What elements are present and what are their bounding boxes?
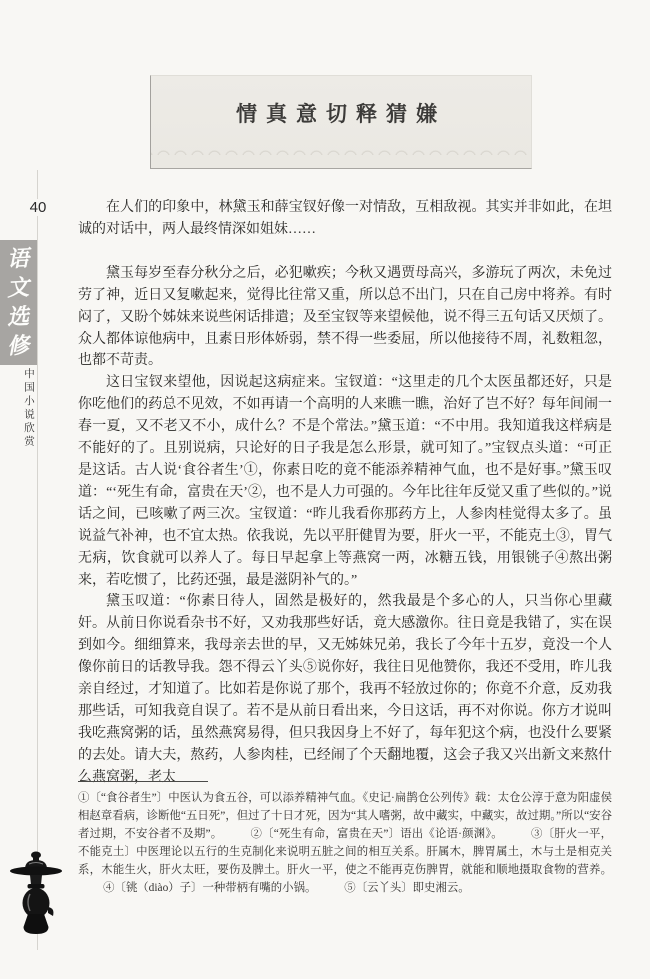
series-banner-char: 修 <box>7 335 30 358</box>
series-subtitle-vertical: 中国小说欣赏 <box>21 368 36 449</box>
chapter-title: 情真意切释猜嫌 <box>151 98 531 128</box>
footnote-text: 〔铫（diào）子〕一种带柄有嘴的小锅。 <box>114 882 316 894</box>
series-banner-char: 选 <box>7 306 30 329</box>
series-banner: 语 文 选 修 <box>0 240 37 365</box>
paragraph: 这日宝钗来望他，因说起这病症来。宝钗道：“这里走的几个太医虽都还好，只是你吃他们… <box>78 372 612 591</box>
footnote-item: ④〔铫（diào）子〕一种带柄有嘴的小锅。 <box>103 882 316 894</box>
left-margin-rule <box>37 170 38 950</box>
wave-pattern-decoration <box>151 142 531 168</box>
footnote-item: ②〔“死生有命，富贵在天”〕语出《论语·颜渊》。 <box>251 828 503 840</box>
series-banner-char: 语 <box>7 247 30 270</box>
footnote-divider <box>78 781 208 782</box>
chapter-title-box: 情真意切释猜嫌 <box>150 75 532 169</box>
footnote-number: ④ <box>103 882 114 894</box>
footnote-number: ③ <box>531 828 543 840</box>
textbook-page: 情真意切释猜嫌 40 语 文 选 修 中国小说欣赏 在人们的印象中，林黛玉和薛宝… <box>0 0 650 979</box>
footnote-number: ⑤ <box>344 882 355 894</box>
body-text: 在人们的印象中，林黛玉和薛宝钗好像一对情敌，互相敌视。其实并非如此，在坦诚的对话… <box>78 197 612 789</box>
paragraph: 黛玉叹道：“你素日待人，固然是极好的，然我最是个多心的人，只当你心里藏奸。从前日… <box>78 591 612 788</box>
footnote-text: 〔云丫头〕即史湘云。 <box>356 882 470 894</box>
footnote-number: ① <box>78 792 89 804</box>
intro-paragraph: 在人们的印象中，林黛玉和薛宝钗好像一对情敌，互相敌视。其实并非如此，在坦诚的对话… <box>78 197 612 241</box>
page-number: 40 <box>24 199 52 216</box>
footnotes: ①〔“食谷者生”〕中医认为食五谷，可以添养精神气血。《史记·扁鹊仓公列传》载：太… <box>78 789 612 897</box>
paragraph: 黛玉每岁至春分秋分之后，必犯嗽疾；今秋又遇贾母高兴，多游玩了两次，未免过劳了神，… <box>78 263 612 373</box>
footnote-item: ⑤〔云丫头〕即史湘云。 <box>344 882 469 894</box>
oil-lamp-icon <box>8 850 64 940</box>
series-banner-char: 文 <box>7 276 30 299</box>
footnote-text: 〔“死生有命，富贵在天”〕语出《论语·颜渊》。 <box>262 828 503 840</box>
footnote-number: ② <box>251 828 263 840</box>
